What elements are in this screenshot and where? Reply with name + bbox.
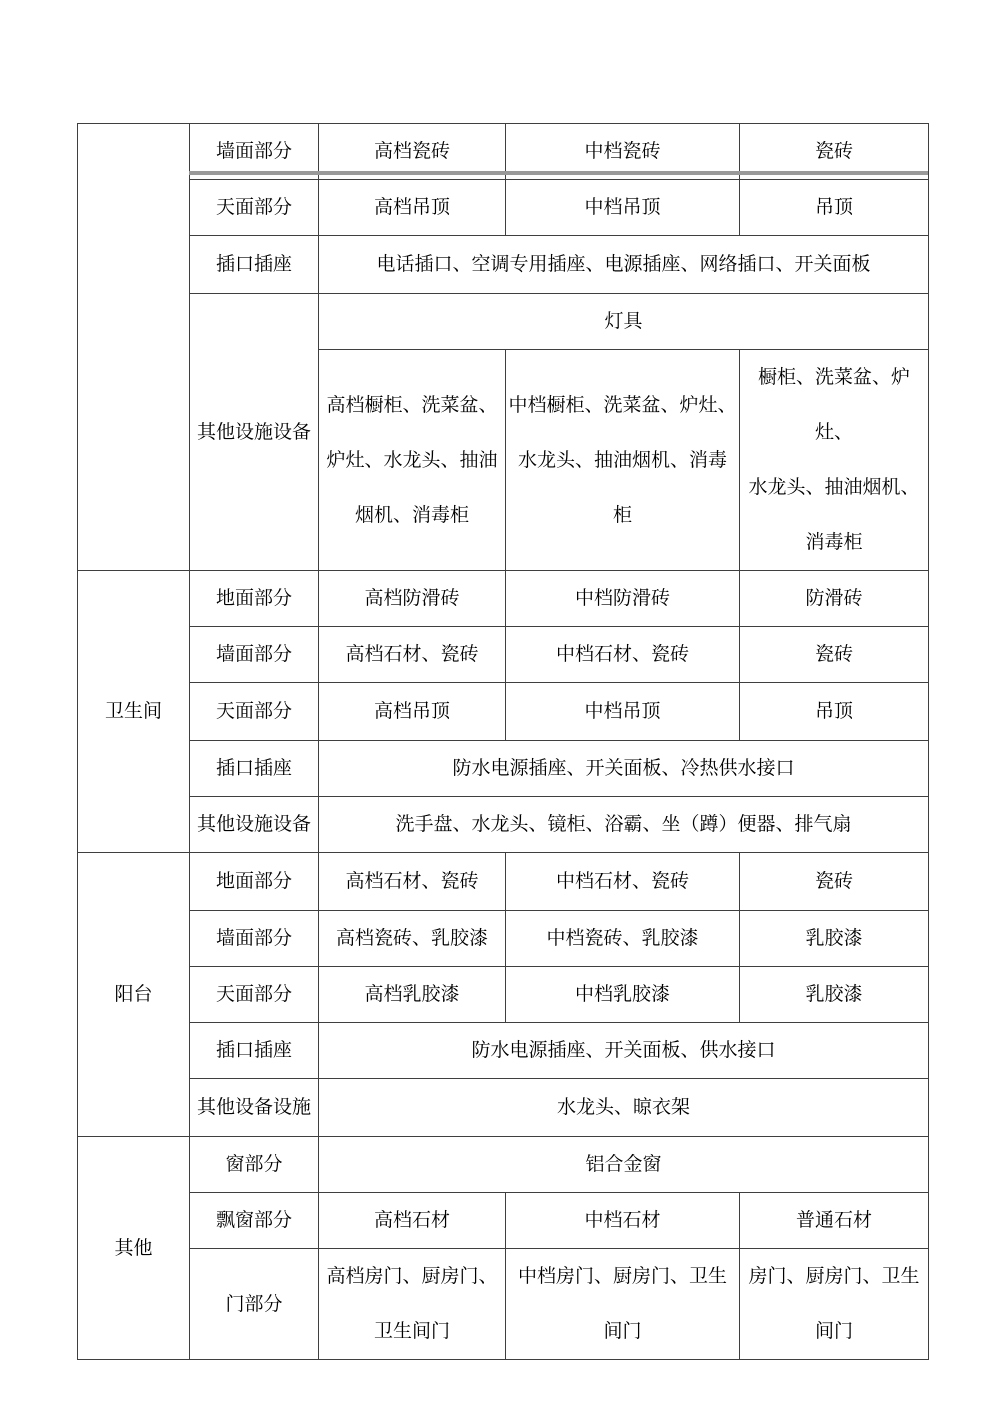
table-row: 天面部分 高档吊顶 中档吊顶 吊顶 [78,683,929,741]
merged-value-cell: 铝合金窗 [319,1137,929,1193]
table-row: 墙面部分 高档瓷砖、乳胶漆 中档瓷砖、乳胶漆 乳胶漆 [78,911,929,967]
grade-std-cell: 防滑砖 [740,571,929,627]
part-label: 飘窗部分 [190,1193,319,1249]
grade-mid-cell: 中档吊顶 [506,683,740,741]
section-label: 其他 [78,1137,190,1360]
grade-std-cell: 房门、厨房门、卫生 间门 [740,1249,929,1360]
part-label: 墙面部分 [190,627,319,683]
grade-std-cell: 橱柜、洗菜盆、炉灶、 水龙头、抽油烟机、 消毒柜 [740,350,929,571]
section-label [78,124,190,571]
table-row: 插口插座 防水电源插座、开关面板、冷热供水接口 [78,741,929,797]
grade-mid-cell: 中档橱柜、洗菜盆、炉灶、 水龙头、抽油烟机、消毒 柜 [506,350,740,571]
fitting-spec-table: 墙面部分 高档瓷砖 中档瓷砖 瓷砖 天面部分 高档吊顶 中档吊顶 吊顶 插口插座… [77,123,929,1360]
merged-value-cell: 洗手盘、水龙头、镜柜、浴霸、坐（蹲）便器、排气扇 [319,797,929,853]
part-label: 插口插座 [190,236,319,294]
table-row: 卫生间 地面部分 高档防滑砖 中档防滑砖 防滑砖 [78,571,929,627]
grade-mid-cell: 中档吊顶 [506,180,740,236]
merged-value-cell: 灯具 [319,294,929,350]
merged-value-cell: 防水电源插座、开关面板、供水接口 [319,1023,929,1079]
grade-mid-cell: 中档石材、瓷砖 [506,627,740,683]
part-label: 天面部分 [190,967,319,1023]
grade-high-cell: 高档吊顶 [319,180,506,236]
merged-value-cell: 水龙头、晾衣架 [319,1079,929,1137]
grade-high-cell: 高档吊顶 [319,683,506,741]
grade-std-cell: 普通石材 [740,1193,929,1249]
part-label: 窗部分 [190,1137,319,1193]
part-label: 插口插座 [190,741,319,797]
table-row: 天面部分 高档吊顶 中档吊顶 吊顶 [78,180,929,236]
grade-std-cell: 吊顶 [740,683,929,741]
part-label: 其他设备设施 [190,1079,319,1137]
grade-std-cell: 乳胶漆 [740,911,929,967]
grade-high-cell: 高档石材、瓷砖 [319,853,506,911]
grade-high-cell: 高档瓷砖、乳胶漆 [319,911,506,967]
grade-mid-cell: 中档防滑砖 [506,571,740,627]
section-label: 阳台 [78,853,190,1137]
grade-high-cell: 高档石材 [319,1193,506,1249]
part-label: 墙面部分 [190,911,319,967]
grade-high-cell: 高档乳胶漆 [319,967,506,1023]
merged-value-cell: 防水电源插座、开关面板、冷热供水接口 [319,741,929,797]
part-label: 地面部分 [190,571,319,627]
table-row: 阳台 地面部分 高档石材、瓷砖 中档石材、瓷砖 瓷砖 [78,853,929,911]
part-label: 其他设施设备 [190,797,319,853]
grade-high-cell: 高档橱柜、洗菜盆、 炉灶、水龙头、抽油 烟机、消毒柜 [319,350,506,571]
table-row: 飘窗部分 高档石材 中档石材 普通石材 [78,1193,929,1249]
table-row: 门部分 高档房门、厨房门、 卫生间门 中档房门、厨房门、卫生 间门 房门、厨房门… [78,1249,929,1360]
table-row: 插口插座 电话插口、空调专用插座、电源插座、网络插口、开关面板 [78,236,929,294]
table-row: 其他 窗部分 铝合金窗 [78,1137,929,1193]
grade-mid-cell: 中档乳胶漆 [506,967,740,1023]
section-label: 卫生间 [78,571,190,853]
part-label: 其他设施设备 [190,294,319,571]
grade-mid-cell: 中档石材 [506,1193,740,1249]
grade-std-cell: 瓷砖 [740,627,929,683]
grade-std-cell: 瓷砖 [740,853,929,911]
table-row: 天面部分 高档乳胶漆 中档乳胶漆 乳胶漆 [78,967,929,1023]
part-label: 门部分 [190,1249,319,1360]
table-row: 插口插座 防水电源插座、开关面板、供水接口 [78,1023,929,1079]
part-label: 地面部分 [190,853,319,911]
merged-value-cell: 电话插口、空调专用插座、电源插座、网络插口、开关面板 [319,236,929,294]
grade-high-cell: 高档房门、厨房门、 卫生间门 [319,1249,506,1360]
part-label: 插口插座 [190,1023,319,1079]
table-row: 其他设施设备 洗手盘、水龙头、镜柜、浴霸、坐（蹲）便器、排气扇 [78,797,929,853]
table-row: 墙面部分 高档石材、瓷砖 中档石材、瓷砖 瓷砖 [78,627,929,683]
page-break-artifact-line [189,171,928,175]
part-label: 天面部分 [190,683,319,741]
part-label: 天面部分 [190,180,319,236]
grade-high-cell: 高档防滑砖 [319,571,506,627]
table-row: 其他设施设备 灯具 [78,294,929,350]
table-row: 其他设备设施 水龙头、晾衣架 [78,1079,929,1137]
grade-mid-cell: 中档房门、厨房门、卫生 间门 [506,1249,740,1360]
grade-mid-cell: 中档瓷砖、乳胶漆 [506,911,740,967]
grade-std-cell: 吊顶 [740,180,929,236]
document-page: 墙面部分 高档瓷砖 中档瓷砖 瓷砖 天面部分 高档吊顶 中档吊顶 吊顶 插口插座… [0,0,1000,1414]
grade-mid-cell: 中档石材、瓷砖 [506,853,740,911]
grade-high-cell: 高档石材、瓷砖 [319,627,506,683]
grade-std-cell: 乳胶漆 [740,967,929,1023]
